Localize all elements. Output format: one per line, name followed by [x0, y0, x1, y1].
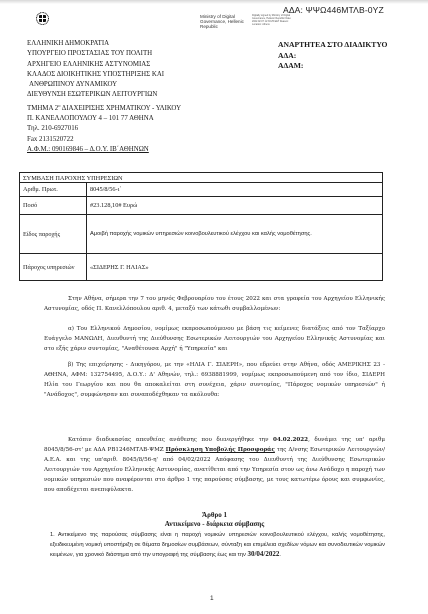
posting-title: ΑΝΑΡΤΗΤΕΑ ΣΤΟ ΔΙΑΔΙΚΤΥΟ — [278, 40, 387, 51]
row-label: Είδος παροχής — [20, 215, 87, 254]
paragraph-party-a: α) Του Ελληνικού Δημοσίου, νομίμως εκπρο… — [44, 325, 385, 355]
row-label: Πάροχος υπηρεσιών — [20, 254, 87, 281]
page-number: 1 — [210, 595, 214, 602]
award-date: 04.02.2022 — [273, 437, 308, 443]
paragraph-text: της Δ/νσης Εσωτερικών Λειτουργιών/Α.Ε.Α.… — [44, 447, 385, 493]
paragraph-intro: Στην Αθήνα, σήμερα την 7 του μηνός Φεβρο… — [44, 295, 385, 315]
table-header-row: ΣΥΜΒΑΣΗ ΠΑΡΟΧΗΣ ΥΠΗΡΕΣΙΩΝ — [20, 173, 383, 183]
end-date: 30/04/2022 — [247, 550, 279, 558]
row-value: 8045/8/56-ι΄ — [87, 183, 383, 197]
article-text: 1. Αντικείμενο της παρούσας σύμβασης είν… — [50, 531, 385, 561]
org-line: ΑΝΘΡΩΠΙΝΟΥ ΔΥΝΑΜΙΚΟΥ — [27, 80, 181, 90]
paragraph-assignment: Κατόπιν διαδικασίας απευθείας ανάθεσης π… — [44, 436, 385, 495]
signature-details: Digitally signed by Ministry of Digital … — [252, 14, 296, 26]
department-prefix: ΤΜΗΜΑ 2 — [27, 105, 58, 112]
row-value: Αμοιβή παροχής νομικών υπηρεσιών κοινοβο… — [87, 215, 383, 254]
page-top-shadow — [0, 0, 428, 4]
paragraph-text: Στην Αθήνα, σήμερα την 7 του μηνός Φεβρο… — [44, 296, 385, 312]
paragraph-text: Κατόπιν διαδικασίας απευθείας ανάθεσης π… — [68, 437, 273, 443]
table-row: Αριθμ. Πρωτ. 8045/8/56-ι΄ — [20, 183, 383, 197]
posting-block: ΑΝΑΡΤΗΤΕΑ ΣΤΟ ΔΙΑΔΙΚΤΥΟ ΑΔΑ: ΑΔΑΜ: — [278, 40, 387, 72]
article-title: Αντικείμενο - διάρκεια σύμβασης — [44, 520, 385, 530]
issuing-organization: ΕΛΛΗΝΙΚΗ ΔΗΜΟΚΡΑΤΙΑ ΥΠΟΥΡΓΕΙΟ ΠΡΟΣΤΑΣΙΑΣ… — [27, 39, 181, 155]
org-line: ΥΠΟΥΡΓΕΙΟ ΠΡΟΣΤΑΣΙΑΣ ΤΟΥ ΠΟΛΙΤΗ — [27, 49, 181, 59]
table-row: Ποσό #23.128,10# Ευρώ — [20, 197, 383, 215]
signature-signer: Ministry of Digital Governance, Hellenic… — [200, 14, 250, 29]
table-row: Πάροχος υπηρεσιών «ΣΙΔΕΡΗΣ Γ. ΗΛΙΑΣ» — [20, 254, 383, 281]
ada-label: ΑΔΑ: — [278, 51, 387, 62]
greek-coat-of-arms-icon — [36, 12, 49, 25]
tax-id: Α.Φ.Μ.: 090169846 – Δ.Ο.Υ. ΙΒ΄ΑΘΗΝΩΝ — [27, 145, 181, 155]
department-suffix: ΔΙΑΧΕΙΡΙΣΗΣ ΧΡΗΜΑΤΙΚΟΥ - ΥΛΙΚΟΥ — [60, 105, 181, 112]
invitation-reference: Πρόσκληση Υποβολής Προσφοράς — [166, 447, 275, 453]
contract-summary-table: ΣΥΜΒΑΣΗ ΠΑΡΟΧΗΣ ΥΠΗΡΕΣΙΩΝ Αριθμ. Πρωτ. 8… — [19, 172, 383, 281]
fax: Fax 2131520722 — [27, 135, 181, 145]
paragraph-party-b: β) Της επιχείρησης - Δικηγόρου, με την «… — [44, 361, 385, 401]
paragraph-text: α) Του Ελληνικού Δημοσίου, νομίμως εκπρο… — [44, 326, 385, 352]
department-line: ΤΜΗΜΑ 2ο ΔΙΑΧΕΙΡΙΣΗΣ ΧΡΗΜΑΤΙΚΟΥ - ΥΛΙΚΟΥ — [27, 101, 181, 114]
org-line: ΑΡΧΗΓΕΙΟ ΕΛΛΗΝΙΚΗΣ ΑΣΤΥΝΟΜΙΑΣ — [27, 60, 181, 70]
row-label: Ποσό — [20, 197, 87, 215]
table-row: Είδος παροχής Αμοιβή παροχής νομικών υπη… — [20, 215, 383, 254]
org-line: ΔΙΕΥΘΥΝΣΗ ΕΣΩΤΕΡΙΚΩΝ ΛΕΙΤΟΥΡΓΙΩΝ — [27, 90, 181, 100]
org-line: ΚΛΑΔΟΣ ΔΙΟΙΚΗΤΙΚΗΣ ΥΠΟΣΤΗΡΙΞΗΣ ΚΑΙ — [27, 70, 181, 80]
adam-label: ΑΔΑΜ: — [278, 61, 387, 72]
row-value: #23.128,10# Ευρώ — [87, 197, 383, 215]
paragraph-text: β) Της επιχείρησης - Δικηγόρου, με την «… — [44, 362, 385, 398]
article-end-punct: . — [279, 552, 281, 558]
address: Π. ΚΑΝΕΛΛΟΠΟΥΛΟΥ 4 – 101 77 ΑΘΗΝΑ — [27, 114, 181, 124]
row-label: Αριθμ. Πρωτ. — [20, 183, 87, 197]
phone: Τηλ. 210-6927016 — [27, 124, 181, 134]
ada-header-code: ΑΔΑ: ΨΨΩ446ΜΤΛΒ-0ΥΖ — [283, 5, 384, 15]
row-value: «ΣΙΔΕΡΗΣ Γ. ΗΛΙΑΣ» — [87, 254, 383, 281]
article-body: 1. Αντικείμενο της παρούσας σύμβασης είν… — [50, 532, 385, 558]
org-line: ΕΛΛΗΝΙΚΗ ΔΗΜΟΚΡΑΤΙΑ — [27, 39, 181, 49]
table-header: ΣΥΜΒΑΣΗ ΠΑΡΟΧΗΣ ΥΠΗΡΕΣΙΩΝ — [20, 173, 383, 183]
